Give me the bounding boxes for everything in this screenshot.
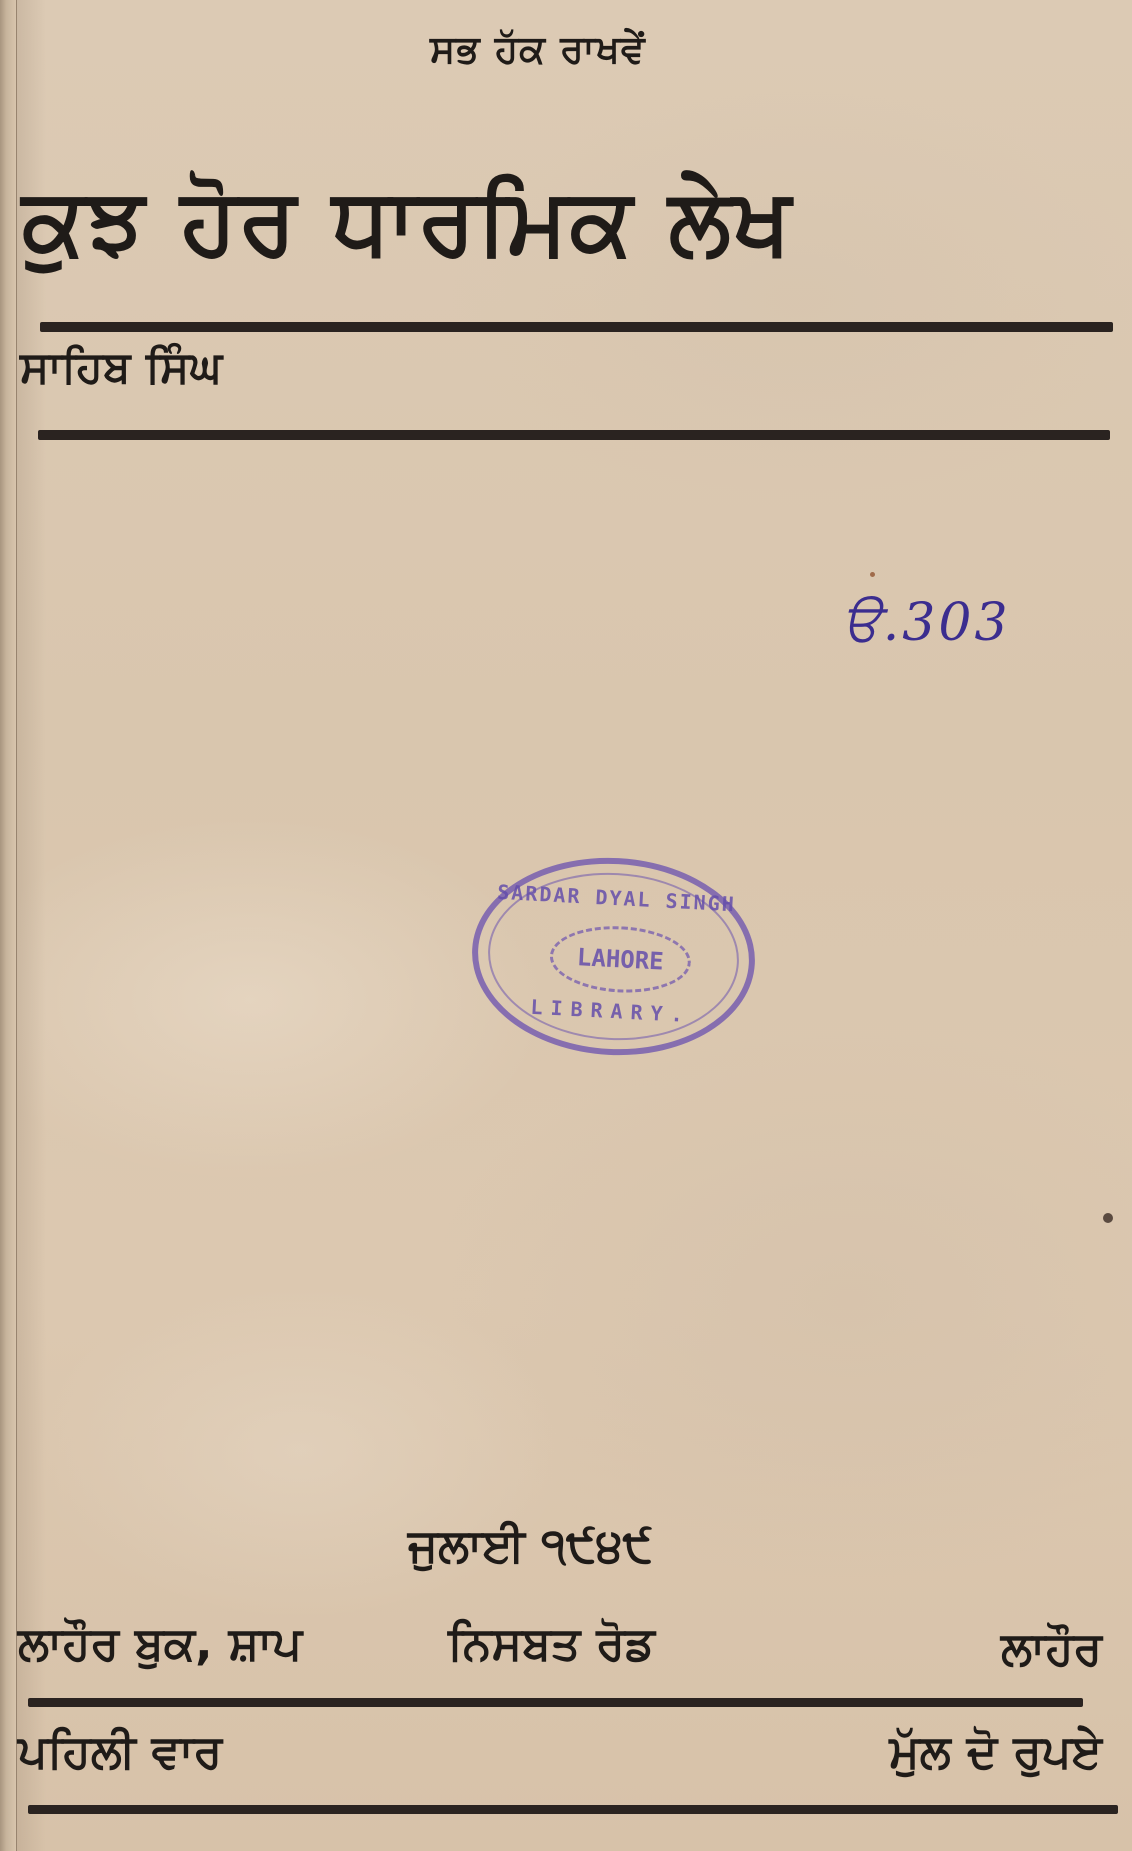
- divider-rule-4: [28, 1805, 1118, 1814]
- divider-rule-1: [40, 322, 1113, 332]
- publisher-address: ਨਿਸਬਤ ਰੋਡ: [448, 1620, 655, 1666]
- book-title-page: ਸਭ ਹੱਕ ਰਾਖਵੇਂ ਕੁਝ ਹੋਰ ਧਾਰਮਿਕ ਲੇਖ ਸਾਹਿਬ ਸ…: [0, 0, 1132, 1851]
- divider-rule-2: [38, 430, 1110, 440]
- spine-shadow: [16, 0, 46, 1851]
- book-title: ਕੁਝ ਹੋਰ ਧਾਰਮਿਕ ਲੇਖ: [22, 176, 793, 268]
- library-stamp: SARDAR DYAL SINGH LAHORE LIBRARY.: [467, 851, 760, 1063]
- divider-rule-3: [28, 1698, 1083, 1707]
- rights-notice: ਸਭ ਹੱਕ ਰਾਖਵੇਂ: [430, 30, 646, 68]
- publisher-name: ਲਾਹੌਰ ਬੁਕ, ਸ਼ਾਪ: [18, 1620, 302, 1666]
- price-label: ਮੁੱਲ ਦੋ ਰੁਪਏ: [889, 1728, 1102, 1774]
- publication-date: ਜੁਲਾਈ ੧੯੪੯: [408, 1522, 653, 1568]
- paper-speck: [1103, 1213, 1113, 1223]
- paper-speck: [870, 572, 875, 577]
- author-name: ਸਾਹਿਬ ਸਿੰਘ: [20, 346, 222, 390]
- publisher-city: ਲਾਹੌਰ: [1001, 1625, 1102, 1671]
- edition-label: ਪਹਿਲੀ ਵਾਰ: [18, 1728, 222, 1774]
- handwritten-catalog-number: ੳ.303: [842, 578, 1017, 668]
- book-spine-edge: [0, 0, 17, 1851]
